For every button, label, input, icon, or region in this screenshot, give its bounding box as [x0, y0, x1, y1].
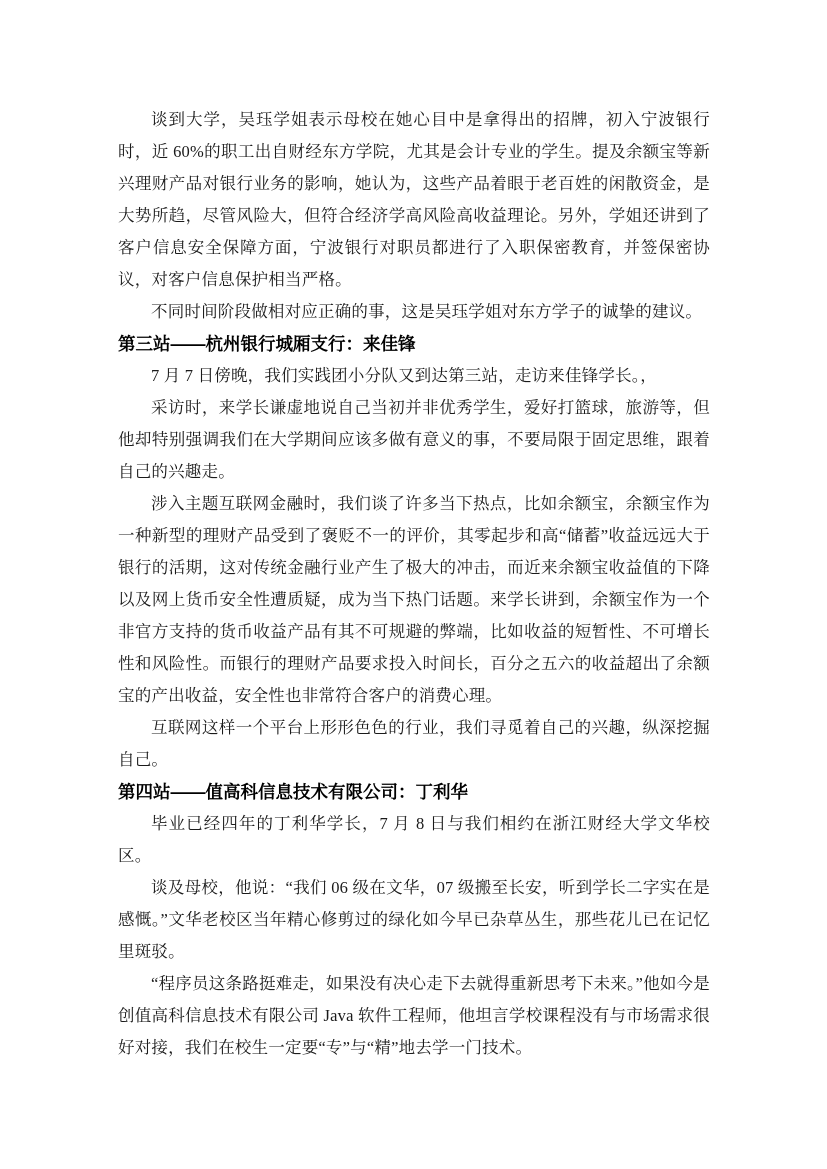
body-paragraph: “程序员这条路挺难走，如果没有决心走下去就得重新思考下未来。”他如今是创值高科信…: [118, 968, 710, 1064]
document-page: 谈到大学，吴珏学姐表示母校在她心目中是拿得出的招牌，初入宁波银行时，近 60%的…: [0, 0, 827, 1169]
document-content: 谈到大学，吴珏学姐表示母校在她心目中是拿得出的招牌，初入宁波银行时，近 60%的…: [118, 104, 710, 1064]
body-paragraph: 7 月 7 日傍晚，我们实践团小分队又到达第三站，走访来佳锋学长。，: [118, 360, 710, 392]
section-heading: 第三站——杭州银行城厢支行：来佳锋: [118, 328, 710, 360]
body-paragraph: 不同时间阶段做相对应正确的事，这是吴珏学姐对东方学子的诚挚的建议。: [118, 296, 710, 328]
body-paragraph: 涉入主题互联网金融时，我们谈了许多当下热点，比如余额宝，余额宝作为一种新型的理财…: [118, 488, 710, 712]
section-heading: 第四站——值高科信息技术有限公司：丁利华: [118, 776, 710, 808]
body-paragraph: 谈及母校，他说：“我们 06 级在文华，07 级搬至长安，听到学长二字实在是感慨…: [118, 872, 710, 968]
body-paragraph: 毕业已经四年的丁利华学长，7 月 8 日与我们相约在浙江财经大学文华校区。: [118, 808, 710, 872]
body-paragraph: 谈到大学，吴珏学姐表示母校在她心目中是拿得出的招牌，初入宁波银行时，近 60%的…: [118, 104, 710, 296]
body-paragraph: 采访时，来学长谦虚地说自己当初并非优秀学生，爱好打篮球，旅游等，但他却特别强调我…: [118, 392, 710, 488]
body-paragraph: 互联网这样一个平台上形形色色的行业，我们寻觅着自己的兴趣，纵深挖掘自己。: [118, 712, 710, 776]
